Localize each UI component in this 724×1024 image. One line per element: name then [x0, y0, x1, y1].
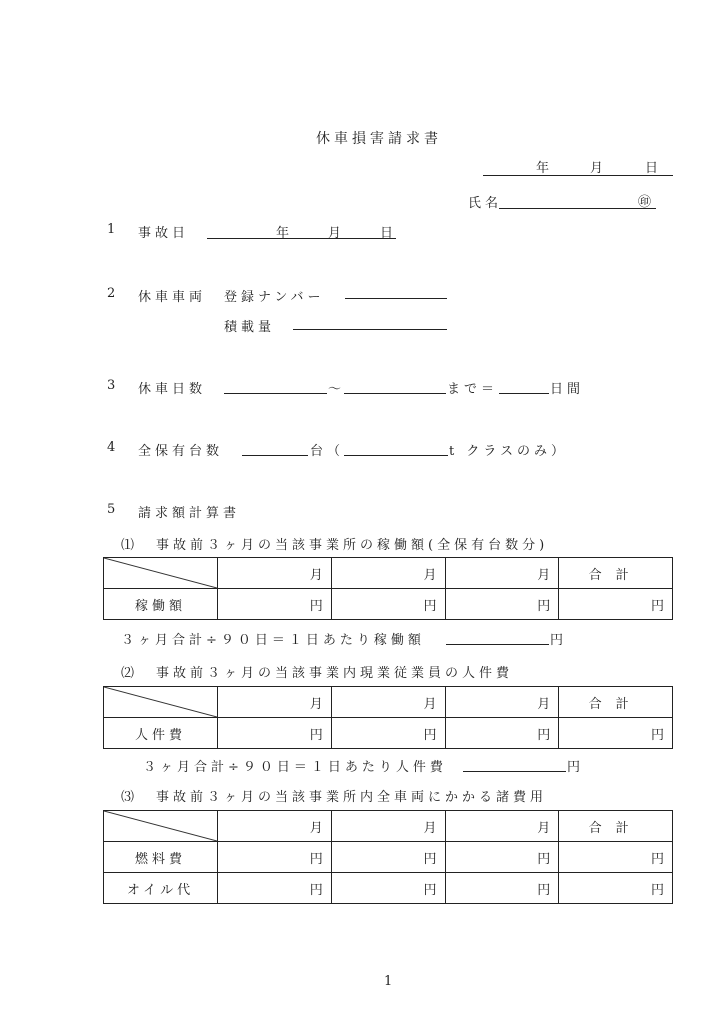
section-3-number: 3 [107, 378, 115, 393]
daily-revenue-field[interactable] [446, 644, 549, 645]
page-number: 1 [384, 974, 392, 989]
table-header-row: 月 月 月 合計 [104, 687, 673, 718]
accident-year-label: 年 [276, 222, 289, 241]
amount-cell[interactable]: 円 [445, 589, 559, 620]
month-2-header[interactable]: 月 [331, 558, 445, 589]
amount-cell[interactable]: 円 [331, 589, 445, 620]
registration-number-field[interactable] [345, 298, 447, 299]
row-label: オイル代 [104, 873, 218, 904]
idle-end-field[interactable] [344, 393, 446, 394]
accident-date-underline [207, 238, 396, 239]
name-label: 氏名 [468, 192, 502, 211]
date-month-label: 月 [590, 157, 603, 176]
month-1-header[interactable]: 月 [218, 558, 332, 589]
accident-month-label: 月 [328, 222, 341, 241]
section-5-label: 請求額計算書 [138, 502, 240, 521]
until-text: まで＝ [447, 378, 498, 397]
section-5-number: 5 [107, 502, 115, 517]
date-day-label: 日 [645, 157, 658, 176]
section-3-label: 休車日数 [138, 378, 206, 397]
total-cell[interactable]: 円 [559, 842, 673, 873]
document-title: 休車損害請求書 [316, 128, 442, 148]
registration-number-label: 登録ナンバー [224, 286, 324, 305]
total-cell[interactable]: 円 [559, 718, 673, 749]
amount-cell[interactable]: 円 [218, 873, 332, 904]
sub-2-title: 事故前３ヶ月の当該事業内現業従業員の人件費 [156, 662, 513, 681]
row-label: 人件費 [104, 718, 218, 749]
section-2-number: 2 [107, 286, 115, 301]
sub-2-formula: ３ヶ月合計÷９０日＝１日あたり人件費 [143, 756, 447, 775]
tilde-text: ～ [328, 378, 341, 397]
amount-cell[interactable]: 円 [445, 718, 559, 749]
diagonal-corner-cell [104, 687, 218, 718]
sub-3-title: 事故前３ヶ月の当該事業所内全車両にかかる諸費用 [156, 786, 547, 805]
total-header: 合計 [559, 811, 673, 842]
daily-revenue-unit: 円 [550, 629, 563, 648]
total-vehicles-field[interactable] [242, 455, 308, 456]
month-3-header[interactable]: 月 [445, 687, 559, 718]
month-1-header[interactable]: 月 [218, 811, 332, 842]
table-row: オイル代 円 円 円 円 [104, 873, 673, 904]
daily-personnel-cost-field[interactable] [463, 771, 566, 772]
operating-revenue-table: 月 月 月 合計 稼働額 円 円 円 円 [103, 557, 673, 620]
sub-1-number: ⑴ [121, 534, 134, 553]
table-row: 人件費 円 円 円 円 [104, 718, 673, 749]
amount-cell[interactable]: 円 [218, 589, 332, 620]
amount-cell[interactable]: 円 [331, 842, 445, 873]
month-3-header[interactable]: 月 [445, 811, 559, 842]
table-row: 燃料費 円 円 円 円 [104, 842, 673, 873]
month-2-header[interactable]: 月 [331, 687, 445, 718]
month-3-header[interactable]: 月 [445, 558, 559, 589]
amount-cell[interactable]: 円 [445, 842, 559, 873]
section-4-number: 4 [107, 440, 115, 455]
amount-cell[interactable]: 円 [445, 873, 559, 904]
accident-day-label: 日 [380, 222, 393, 241]
load-capacity-field[interactable] [293, 329, 447, 330]
section-2-label: 休車車両 [138, 286, 206, 305]
section-4-label: 全保有台数 [138, 440, 223, 459]
tonnage-class-field[interactable] [344, 455, 448, 456]
table-header-row: 月 月 月 合計 [104, 811, 673, 842]
section-1-label: 事故日 [138, 222, 189, 241]
amount-cell[interactable]: 円 [331, 873, 445, 904]
sub-1-formula: ３ヶ月合計÷９０日＝１日あたり稼働額 [121, 629, 425, 648]
name-field[interactable] [499, 208, 656, 209]
idle-days-field[interactable] [499, 393, 549, 394]
table-row: 稼働額 円 円 円 円 [104, 589, 673, 620]
total-header: 合計 [559, 558, 673, 589]
daily-personnel-cost-unit: 円 [567, 756, 580, 775]
days-unit-text: 日間 [550, 378, 584, 397]
diagonal-corner-cell [104, 811, 218, 842]
total-cell[interactable]: 円 [559, 873, 673, 904]
row-label: 燃料費 [104, 842, 218, 873]
load-capacity-label: 積載量 [224, 316, 275, 335]
amount-cell[interactable]: 円 [218, 842, 332, 873]
total-cell[interactable]: 円 [559, 589, 673, 620]
amount-cell[interactable]: 円 [218, 718, 332, 749]
sub-1-title: 事故前３ヶ月の当該事業所の稼働額(全保有台数分) [156, 534, 548, 553]
personnel-cost-table: 月 月 月 合計 人件費 円 円 円 円 [103, 686, 673, 749]
table-header-row: 月 月 月 合計 [104, 558, 673, 589]
idle-start-field[interactable] [224, 393, 327, 394]
vehicle-expenses-table: 月 月 月 合計 燃料費 円 円 円 円 オイル代 円 円 円 円 [103, 810, 673, 904]
row-label: 稼働額 [104, 589, 218, 620]
month-2-header[interactable]: 月 [331, 811, 445, 842]
amount-cell[interactable]: 円 [331, 718, 445, 749]
sub-2-number: ⑵ [121, 662, 134, 681]
diagonal-corner-cell [104, 558, 218, 589]
sub-3-number: ⑶ [121, 786, 134, 805]
month-1-header[interactable]: 月 [218, 687, 332, 718]
vehicles-unit-text: 台（ [310, 440, 344, 459]
date-year-label: 年 [536, 157, 549, 176]
total-header: 合計 [559, 687, 673, 718]
seal-mark-icon: ㊞ [638, 191, 651, 210]
tonnage-class-suffix: t クラスのみ） [449, 440, 568, 459]
section-1-number: 1 [107, 222, 115, 237]
